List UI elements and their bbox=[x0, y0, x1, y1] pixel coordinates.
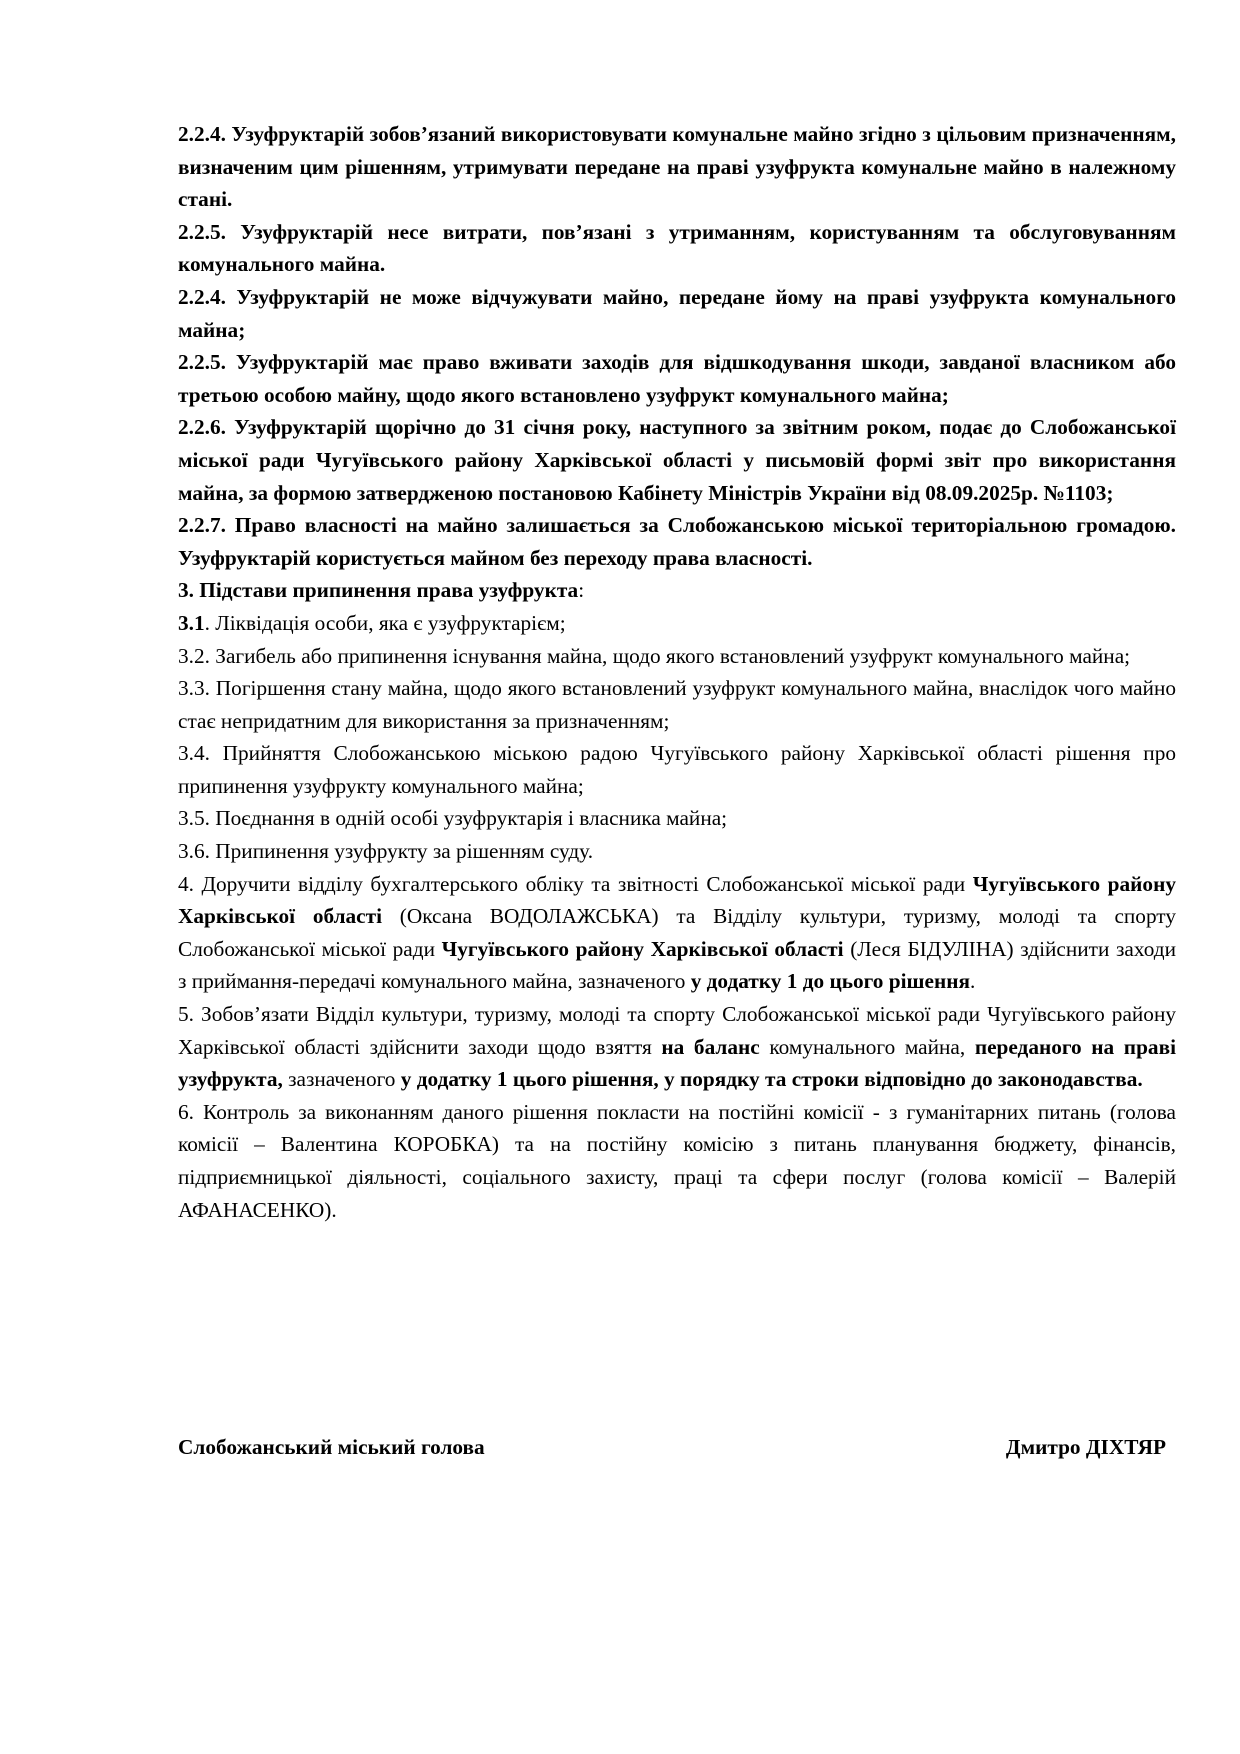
signatory-name: Дмитро ДІХТЯР bbox=[1006, 1431, 1166, 1463]
text-segment: 2.2.5. Узуфруктарій несе витрати, пов’яз… bbox=[178, 220, 1176, 277]
paragraph-p225a: 2.2.5. Узуфруктарій несе витрати, пов’яз… bbox=[178, 216, 1176, 281]
text-segment: 3.5. Поєднання в одній особі узуфруктарі… bbox=[178, 806, 727, 830]
paragraph-p225b: 2.2.5. Узуфруктарій має право вживати за… bbox=[178, 346, 1176, 411]
paragraph-p32: 3.2. Загибель або припинення існування м… bbox=[178, 640, 1176, 673]
paragraph-p224a: 2.2.4. Узуфруктарій зобов’язаний викорис… bbox=[178, 118, 1176, 216]
paragraph-p227: 2.2.7. Право власності на майно залишаєт… bbox=[178, 509, 1176, 574]
text-segment: у додатку 1 цього рішення, у порядку та … bbox=[401, 1067, 1143, 1091]
text-segment: 2.2.4. Узуфруктарій не може відчужувати … bbox=[178, 285, 1176, 342]
text-segment: Чугуївського району Харківської області bbox=[442, 937, 844, 961]
text-segment: у додатку 1 до цього рішення bbox=[691, 969, 970, 993]
paragraph-p4: 4. Доручити відділу бухгалтерського облі… bbox=[178, 868, 1176, 998]
document-page: 2.2.4. Узуфруктарій зобов’язаний викорис… bbox=[0, 0, 1240, 1754]
text-segment: 2.2.7. Право власності на майно залишаєт… bbox=[178, 513, 1176, 570]
text-segment: 3. Підстави припинення права узуфрукта bbox=[178, 578, 578, 602]
text-segment: 3.6. Припинення узуфрукту за рішенням су… bbox=[178, 839, 593, 863]
paragraph-p31: 3.1. Ліквідація особи, яка є узуфруктарі… bbox=[178, 607, 1176, 640]
text-segment: 6. Контроль за виконанням даного рішення… bbox=[178, 1100, 1176, 1222]
text-segment: 2.2.5. Узуфруктарій має право вживати за… bbox=[178, 350, 1176, 407]
text-segment: зазначеного bbox=[283, 1067, 401, 1091]
document-body: 2.2.4. Узуфруктарій зобов’язаний викорис… bbox=[178, 118, 1176, 1226]
text-segment: 2.2.4. Узуфруктарій зобов’язаний викорис… bbox=[178, 122, 1176, 211]
signatory-position: Слобожанський міський голова bbox=[178, 1431, 485, 1463]
paragraph-p3: 3. Підстави припинення права узуфрукта: bbox=[178, 574, 1176, 607]
text-segment: 3.1 bbox=[178, 611, 205, 635]
text-segment: 4. Доручити відділу бухгалтерського облі… bbox=[178, 872, 973, 896]
text-segment: комунального майна, bbox=[760, 1035, 975, 1059]
text-segment: 3.2. Загибель або припинення існування м… bbox=[178, 644, 1130, 668]
paragraph-p226: 2.2.6. Узуфруктарій щорічно до 31 січня … bbox=[178, 411, 1176, 509]
paragraph-p34: 3.4. Прийняття Слобожанською міською рад… bbox=[178, 737, 1176, 802]
paragraph-p33: 3.3. Погіршення стану майна, щодо якого … bbox=[178, 672, 1176, 737]
text-segment: 2.2.6. Узуфруктарій щорічно до 31 січня … bbox=[178, 415, 1176, 504]
text-segment: . Ліквідація особи, яка є узуфруктарієм; bbox=[205, 611, 566, 635]
text-segment: 3.3. Погіршення стану майна, щодо якого … bbox=[178, 676, 1176, 733]
text-segment: : bbox=[578, 578, 584, 602]
paragraph-p6: 6. Контроль за виконанням даного рішення… bbox=[178, 1096, 1176, 1226]
paragraph-p35: 3.5. Поєднання в одній особі узуфруктарі… bbox=[178, 802, 1176, 835]
text-segment: 3.4. Прийняття Слобожанською міською рад… bbox=[178, 741, 1176, 798]
paragraph-p5: 5. Зобов’язати Відділ культури, туризму,… bbox=[178, 998, 1176, 1096]
paragraph-p36: 3.6. Припинення узуфрукту за рішенням су… bbox=[178, 835, 1176, 868]
text-segment: . bbox=[970, 969, 975, 993]
paragraph-p224b: 2.2.4. Узуфруктарій не може відчужувати … bbox=[178, 281, 1176, 346]
text-segment: на баланс bbox=[661, 1035, 759, 1059]
signature-block: Слобожанський міський голова Дмитро ДІХТ… bbox=[178, 1431, 1166, 1463]
